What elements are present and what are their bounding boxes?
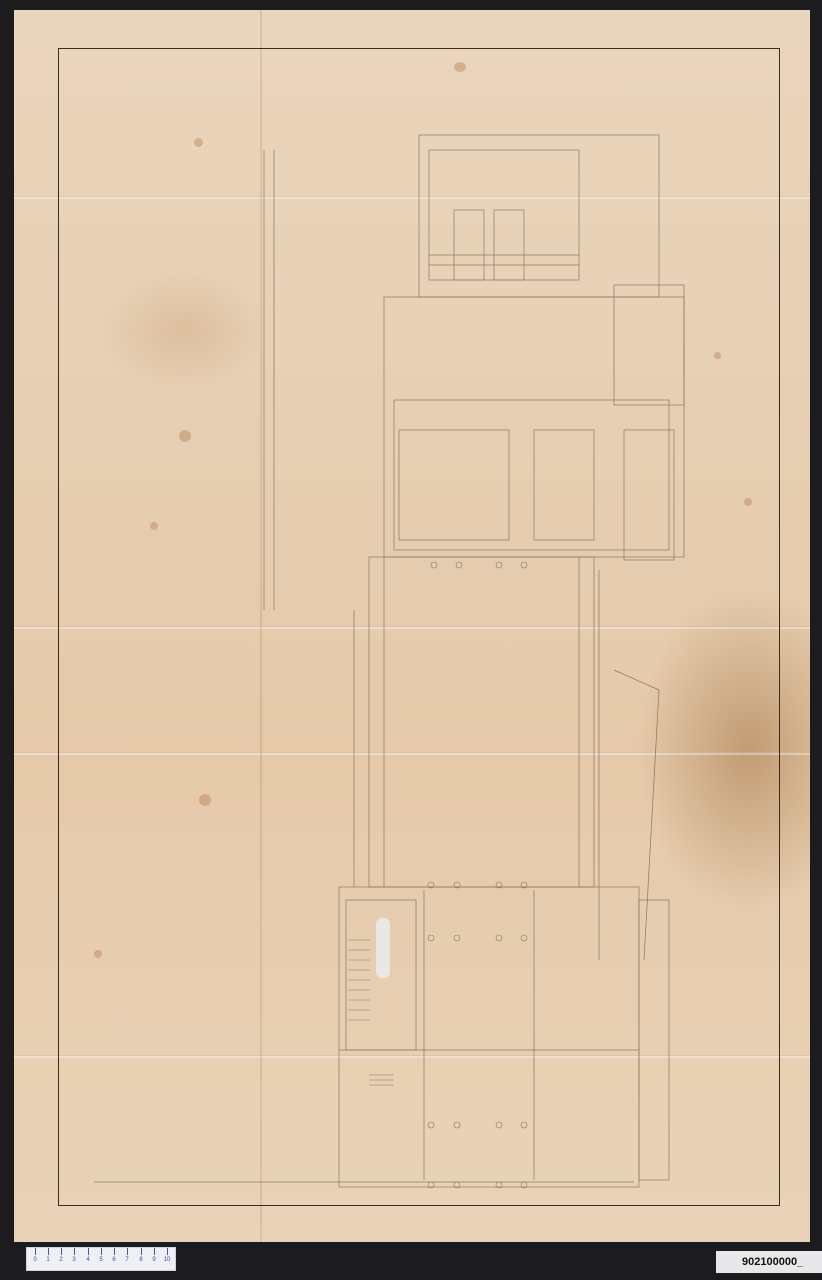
scale-tick-label: 8 (139, 1257, 142, 1263)
catalog-number-label: 902100000_ (716, 1251, 822, 1273)
scale-tick-label: 7 (125, 1257, 128, 1263)
scale-tick-label: 9 (152, 1257, 155, 1263)
scale-tick-label: 10 (164, 1257, 171, 1263)
scale-tick-label: 0 (33, 1257, 36, 1263)
scale-tick-label: 2 (59, 1257, 62, 1263)
scale-bar: 0 1 2 3 4 5 6 7 8 9 10 (26, 1247, 176, 1271)
paper-sheet (14, 10, 810, 1242)
floor-plan-drawing (14, 10, 810, 1242)
scale-tick-label: 6 (112, 1257, 115, 1263)
scale-tick-label: 1 (46, 1257, 49, 1263)
scale-tick-label: 5 (99, 1257, 102, 1263)
scale-tick-label: 3 (72, 1257, 75, 1263)
scale-tick-label: 4 (86, 1257, 89, 1263)
